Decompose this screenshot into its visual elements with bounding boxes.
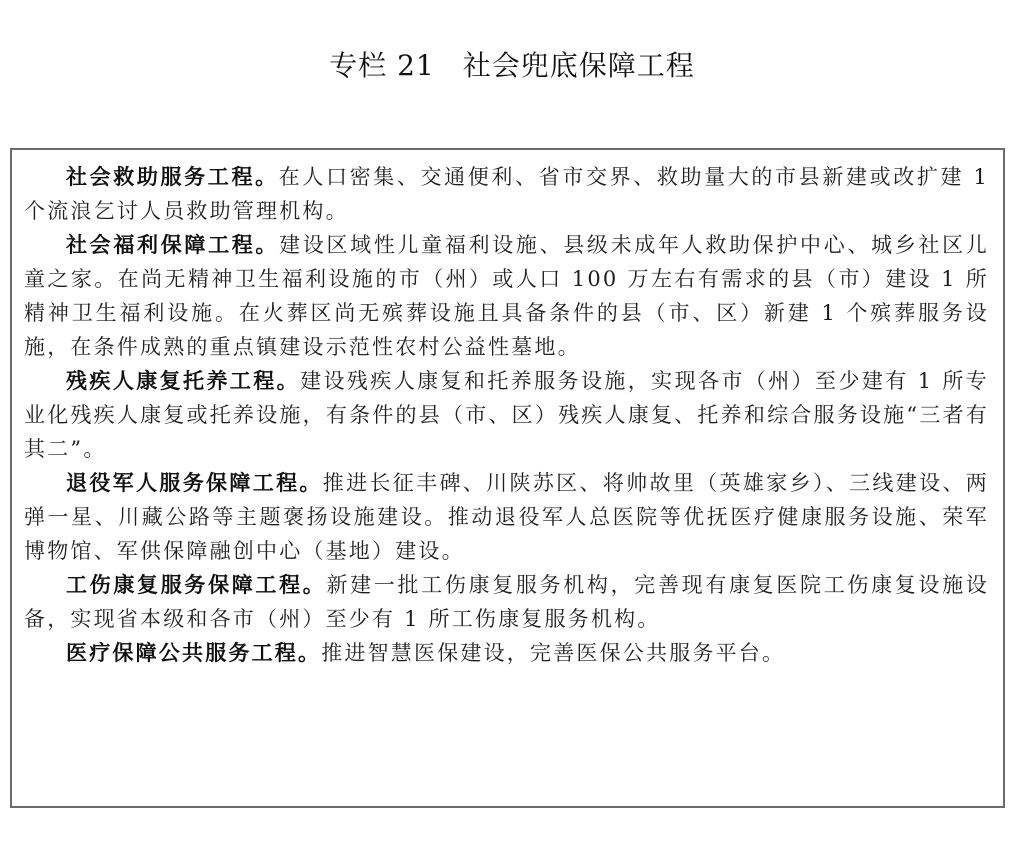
item-heading: 残疾人康复托养工程。 [66,368,300,393]
item-heading: 退役军人服务保障工程。 [66,470,323,495]
item-disability-rehab: 残疾人康复托养工程。建设残疾人康复和托养服务设施，实现各市（州）至少建有 1 所… [24,364,989,466]
item-veterans-service: 退役军人服务保障工程。推进长征丰碑、川陕苏区、将帅故里（英雄家乡）、三线建设、两… [24,466,989,568]
column-number: 专栏 21 [329,49,435,82]
item-social-welfare: 社会福利保障工程。建设区域性儿童福利设施、县级未成年人救助保护中心、城乡社区儿童… [24,228,989,364]
column-box: 社会救助服务工程。在人口密集、交通便利、省市交界、救助量大的市县新建或改扩建 1… [10,148,1005,808]
item-heading: 医疗保障公共服务工程。 [66,640,321,665]
item-heading: 工伤康复服务保障工程。 [66,572,326,597]
item-body: 推进智慧医保建设，完善医保公共服务平台。 [321,641,785,665]
item-work-injury-rehab: 工伤康复服务保障工程。新建一批工伤康复服务机构，完善现有康复医院工伤康复设施设备… [24,568,989,636]
item-heading: 社会福利保障工程。 [66,232,279,257]
item-heading: 社会救助服务工程。 [66,164,279,189]
column-title: 专栏 21社会兜底保障工程 [0,44,1024,88]
item-medical-insurance: 医疗保障公共服务工程。推进智慧医保建设，完善医保公共服务平台。 [24,636,989,670]
item-social-assistance: 社会救助服务工程。在人口密集、交通便利、省市交界、救助量大的市县新建或改扩建 1… [24,160,989,228]
column-heading: 社会兜底保障工程 [463,49,695,82]
